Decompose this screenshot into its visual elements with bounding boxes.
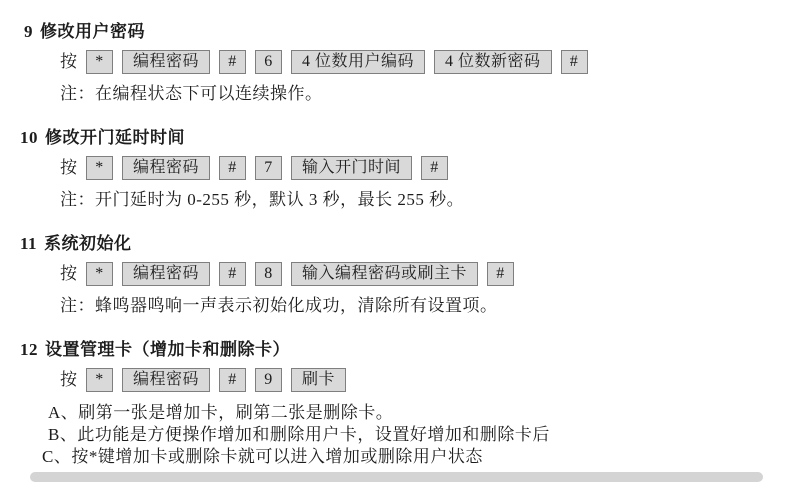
manual-page: 9修改用户密码 按 * 编程密码 # 6 4 位数用户编码 4 位数新密码 # … bbox=[0, 0, 790, 468]
keypad-key-hash: # bbox=[219, 262, 246, 286]
press-label: 按 bbox=[60, 156, 77, 180]
keypad-key-hash: # bbox=[219, 156, 246, 180]
keypad-key-program-password: 编程密码 bbox=[122, 156, 210, 180]
keypad-key-hash: # bbox=[219, 50, 246, 74]
keypad-key-program-password: 编程密码 bbox=[122, 368, 210, 392]
keypad-key-7: 7 bbox=[255, 156, 282, 180]
keypad-key-program-password: 编程密码 bbox=[122, 262, 210, 286]
horizontal-scrollbar-thumb[interactable] bbox=[30, 472, 763, 482]
section-modify-user-password: 9修改用户密码 按 * 编程密码 # 6 4 位数用户编码 4 位数新密码 # … bbox=[0, 22, 790, 104]
section-heading: 9修改用户密码 bbox=[0, 22, 790, 42]
section-title: 修改开门延时时间 bbox=[45, 128, 185, 147]
keypad-key-user-code: 4 位数用户编码 bbox=[291, 50, 425, 74]
section-note: 注：开门延时为 0-255 秒，默认 3 秒，最长 255 秒。 bbox=[0, 190, 790, 210]
keypad-key-star: * bbox=[86, 368, 113, 392]
section-modify-door-delay: 10修改开门延时时间 按 * 编程密码 # 7 输入开门时间 # 注：开门延时为… bbox=[0, 128, 790, 210]
section-number: 10 bbox=[20, 128, 38, 147]
section-manage-cards: 12设置管理卡（增加卡和删除卡） 按 * 编程密码 # 9 刷卡 A、刷第一张是… bbox=[0, 340, 790, 468]
key-sequence-row: 按 * 编程密码 # 6 4 位数用户编码 4 位数新密码 # bbox=[0, 50, 790, 74]
keypad-key-star: * bbox=[86, 50, 113, 74]
press-label: 按 bbox=[60, 368, 77, 392]
section-note: 注：在编程状态下可以连续操作。 bbox=[0, 84, 790, 104]
keypad-key-hash: # bbox=[421, 156, 448, 180]
section-heading: 12设置管理卡（增加卡和删除卡） bbox=[0, 340, 790, 360]
section-system-init: 11系统初始化 按 * 编程密码 # 8 输入编程密码或刷主卡 # 注：蜂鸣器鸣… bbox=[0, 234, 790, 316]
keypad-key-star: * bbox=[86, 156, 113, 180]
section-number: 11 bbox=[20, 234, 37, 253]
press-label: 按 bbox=[60, 50, 77, 74]
press-label: 按 bbox=[60, 262, 77, 286]
section-heading: 11系统初始化 bbox=[0, 234, 790, 254]
key-sequence-row: 按 * 编程密码 # 7 输入开门时间 # bbox=[0, 156, 790, 180]
keypad-key-9: 9 bbox=[255, 368, 282, 392]
section-title: 设置管理卡（增加卡和删除卡） bbox=[45, 340, 290, 359]
section-title: 修改用户密码 bbox=[40, 22, 145, 41]
section-number: 12 bbox=[20, 340, 38, 359]
key-sequence-row: 按 * 编程密码 # 9 刷卡 bbox=[0, 368, 790, 392]
keypad-key-program-password: 编程密码 bbox=[122, 50, 210, 74]
section-note-a: A、刷第一张是增加卡，刷第二张是删除卡。 bbox=[0, 402, 790, 424]
keypad-key-swipe-card: 刷卡 bbox=[291, 368, 346, 392]
section-number: 9 bbox=[24, 22, 33, 41]
keypad-key-8: 8 bbox=[255, 262, 282, 286]
keypad-key-hash: # bbox=[219, 368, 246, 392]
keypad-key-6: 6 bbox=[255, 50, 282, 74]
keypad-key-star: * bbox=[86, 262, 113, 286]
keypad-key-hash: # bbox=[487, 262, 514, 286]
keypad-key-hash: # bbox=[561, 50, 588, 74]
key-sequence-row: 按 * 编程密码 # 8 输入编程密码或刷主卡 # bbox=[0, 262, 790, 286]
keypad-key-password-or-master-card: 输入编程密码或刷主卡 bbox=[291, 262, 478, 286]
keypad-key-door-time: 输入开门时间 bbox=[291, 156, 412, 180]
section-note: 注：蜂鸣器鸣响一声表示初始化成功，清除所有设置项。 bbox=[0, 296, 790, 316]
section-note-c: C、按*键增加卡或删除卡就可以进入增加或删除用户状态 bbox=[0, 446, 790, 468]
keypad-key-new-password: 4 位数新密码 bbox=[434, 50, 552, 74]
section-heading: 10修改开门延时时间 bbox=[0, 128, 790, 148]
section-note-b: B、此功能是方便操作增加和删除用户卡，设置好增加和删除卡后 bbox=[0, 424, 790, 446]
section-title: 系统初始化 bbox=[44, 234, 132, 253]
